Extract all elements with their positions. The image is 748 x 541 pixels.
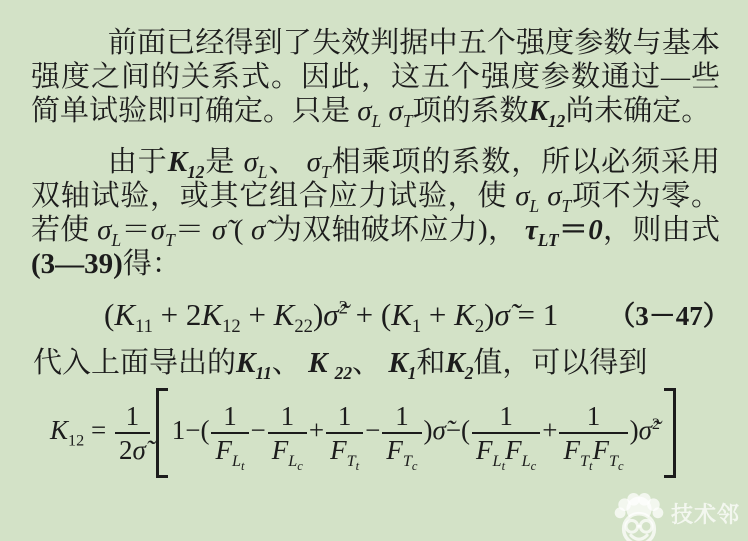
equation-3-47: (K11 + 2K12 + K22)σ̃2 + (K1 + K2)σ̃ = 1（…: [0, 296, 748, 333]
fraction: 1FTc: [382, 400, 421, 467]
technei-logo-icon: [612, 491, 666, 541]
fraction: 12σ̃: [115, 400, 150, 467]
watermark: 技术邻: [612, 491, 740, 541]
fraction: 1FLc: [268, 400, 307, 467]
paragraph-intro: 前面已经得到了失效判据中五个强度参数与基本强度之间的关系式。因此，这五个强度参数…: [31, 26, 720, 128]
paragraph-substitute: 代入上面导出的K11、 K 22、 K1和K2值，可以得到: [33, 346, 720, 380]
fraction: 1FLt: [211, 400, 248, 467]
right-bracket: [664, 388, 676, 478]
fraction: 1FTtFTc: [559, 400, 627, 467]
left-bracket: [156, 388, 168, 478]
paragraph-biaxial-test: 由于K12是 σL、 σT相乘项的系数，所以必须采用双轴试验，或其它组合应力试验…: [31, 145, 720, 281]
fraction: 1FLtFLc: [472, 400, 540, 467]
fraction: 1FTt: [326, 400, 363, 467]
equation-number: （3－47）: [608, 301, 730, 331]
equation-3-47-body: (K11 + 2K12 + K22)σ̃2 + (K1 + K2)σ̃ = 1: [104, 297, 558, 332]
slide: 前面已经得到了失效判据中五个强度参数与基本强度之间的关系式。因此，这五个强度参数…: [0, 0, 748, 541]
watermark-label: 技术邻: [671, 498, 740, 541]
equation-k12: K12 = 12σ̃1−(1FLt−1FLc+1FTt−1FTc)σ̃−(1FL…: [0, 388, 748, 478]
